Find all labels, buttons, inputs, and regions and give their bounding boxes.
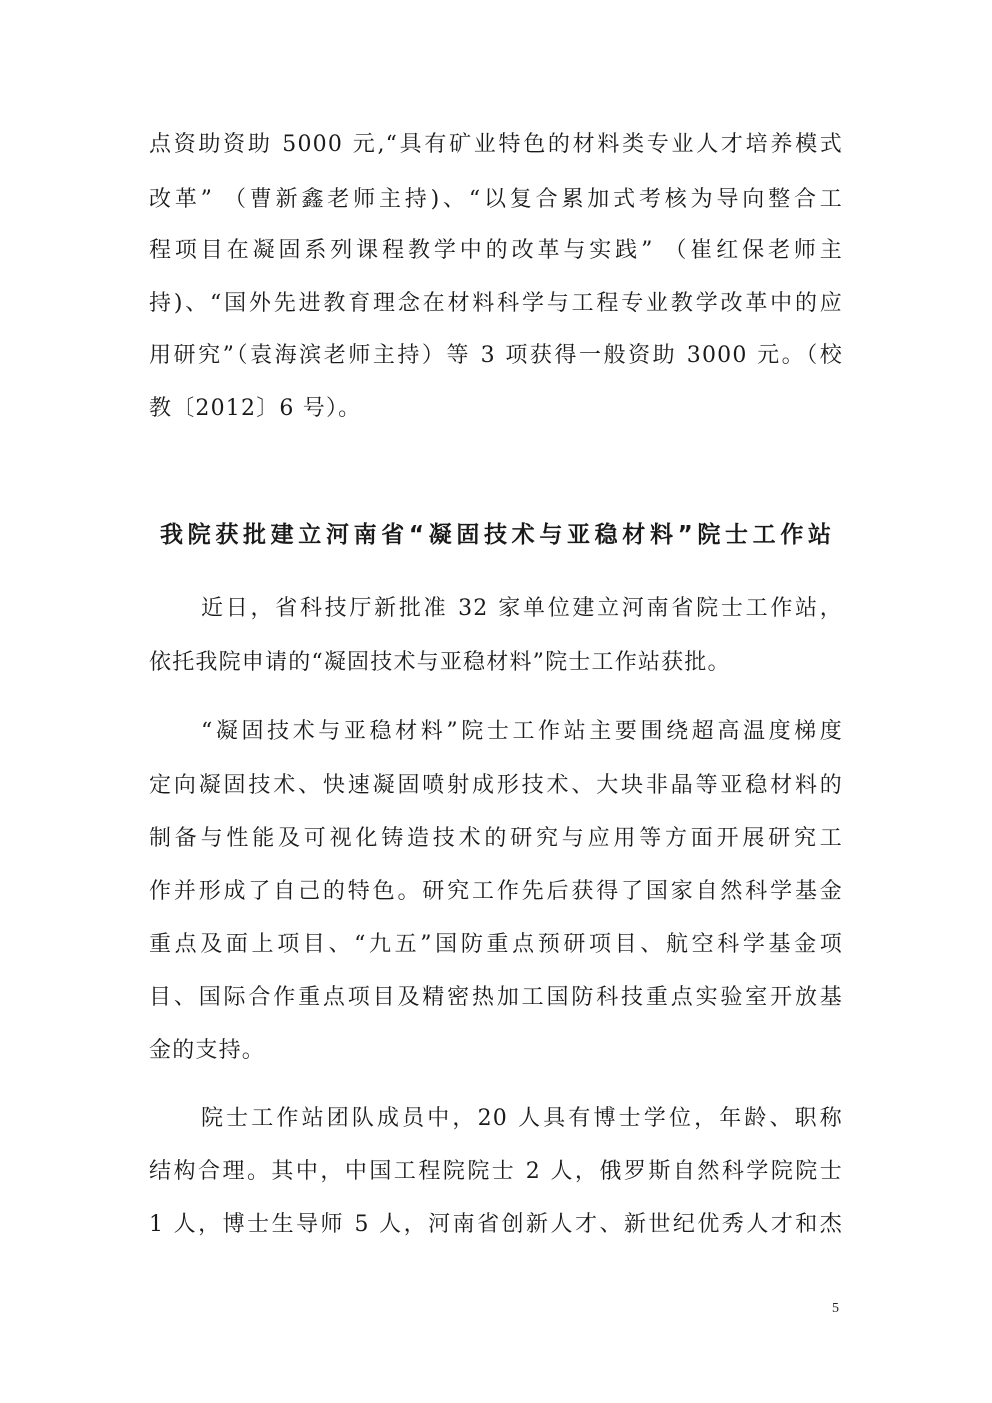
paragraph-line: 点资助资助 5000 元,“具有矿业特色的材料类专业人才培养模式 <box>149 130 843 160</box>
paragraph-line: 结构合理。其中，中国工程院院士 2 人，俄罗斯自然科学院院士 <box>149 1157 843 1187</box>
paragraph-line: 金的支持。 <box>149 1036 843 1066</box>
paragraph-line: “凝固技术与亚稳材料”院士工作站主要围绕超高温度梯度 <box>201 717 843 747</box>
paragraph-line: 依托我院申请的“凝固技术与亚稳材料”院士工作站获批。 <box>149 648 843 678</box>
paragraph-line: 重点及面上项目、“九五”国防重点预研项目、航空科学基金项 <box>149 930 843 960</box>
paragraph-line: 目、国际合作重点项目及精密热加工国防科技重点实验室开放基 <box>149 983 843 1013</box>
paragraph-line: 用研究”（袁海滨老师主持）等 3 项获得一般资助 3000 元。（校 <box>149 341 843 371</box>
paragraph-line: 近日，省科技厅新批准 32 家单位建立河南省院士工作站， <box>201 594 843 624</box>
paragraph-line: 制备与性能及可视化铸造技术的研究与应用等方面开展研究工 <box>149 824 843 854</box>
section-heading: 我院获批建立河南省“凝固技术与亚稳材料”院士工作站 <box>160 519 832 551</box>
document-page: 点资助资助 5000 元,“具有矿业特色的材料类专业人才培养模式 改革” （曹新… <box>0 0 992 1403</box>
paragraph-line: 院士工作站团队成员中，20 人具有博士学位，年龄、职称 <box>201 1104 843 1134</box>
paragraph-line: 改革” （曹新鑫老师主持)、“以复合累加式考核为导向整合工 <box>149 185 843 215</box>
paragraph-line: 作并形成了自己的特色。研究工作先后获得了国家自然科学基金 <box>149 877 843 907</box>
paragraph-line: 教〔2012〕6 号）。 <box>149 394 843 424</box>
paragraph-line: 程项目在凝固系列课程教学中的改革与实践” （崔红保老师主 <box>149 236 843 266</box>
paragraph-line: 1 人，博士生导师 5 人，河南省创新人才、新世纪优秀人才和杰 <box>149 1210 843 1240</box>
page-number: 5 <box>832 1300 839 1318</box>
paragraph-line: 持)、“国外先进教育理念在材料科学与工程专业教学改革中的应 <box>149 289 843 319</box>
paragraph-line: 定向凝固技术、快速凝固喷射成形技术、大块非晶等亚稳材料的 <box>149 771 843 801</box>
